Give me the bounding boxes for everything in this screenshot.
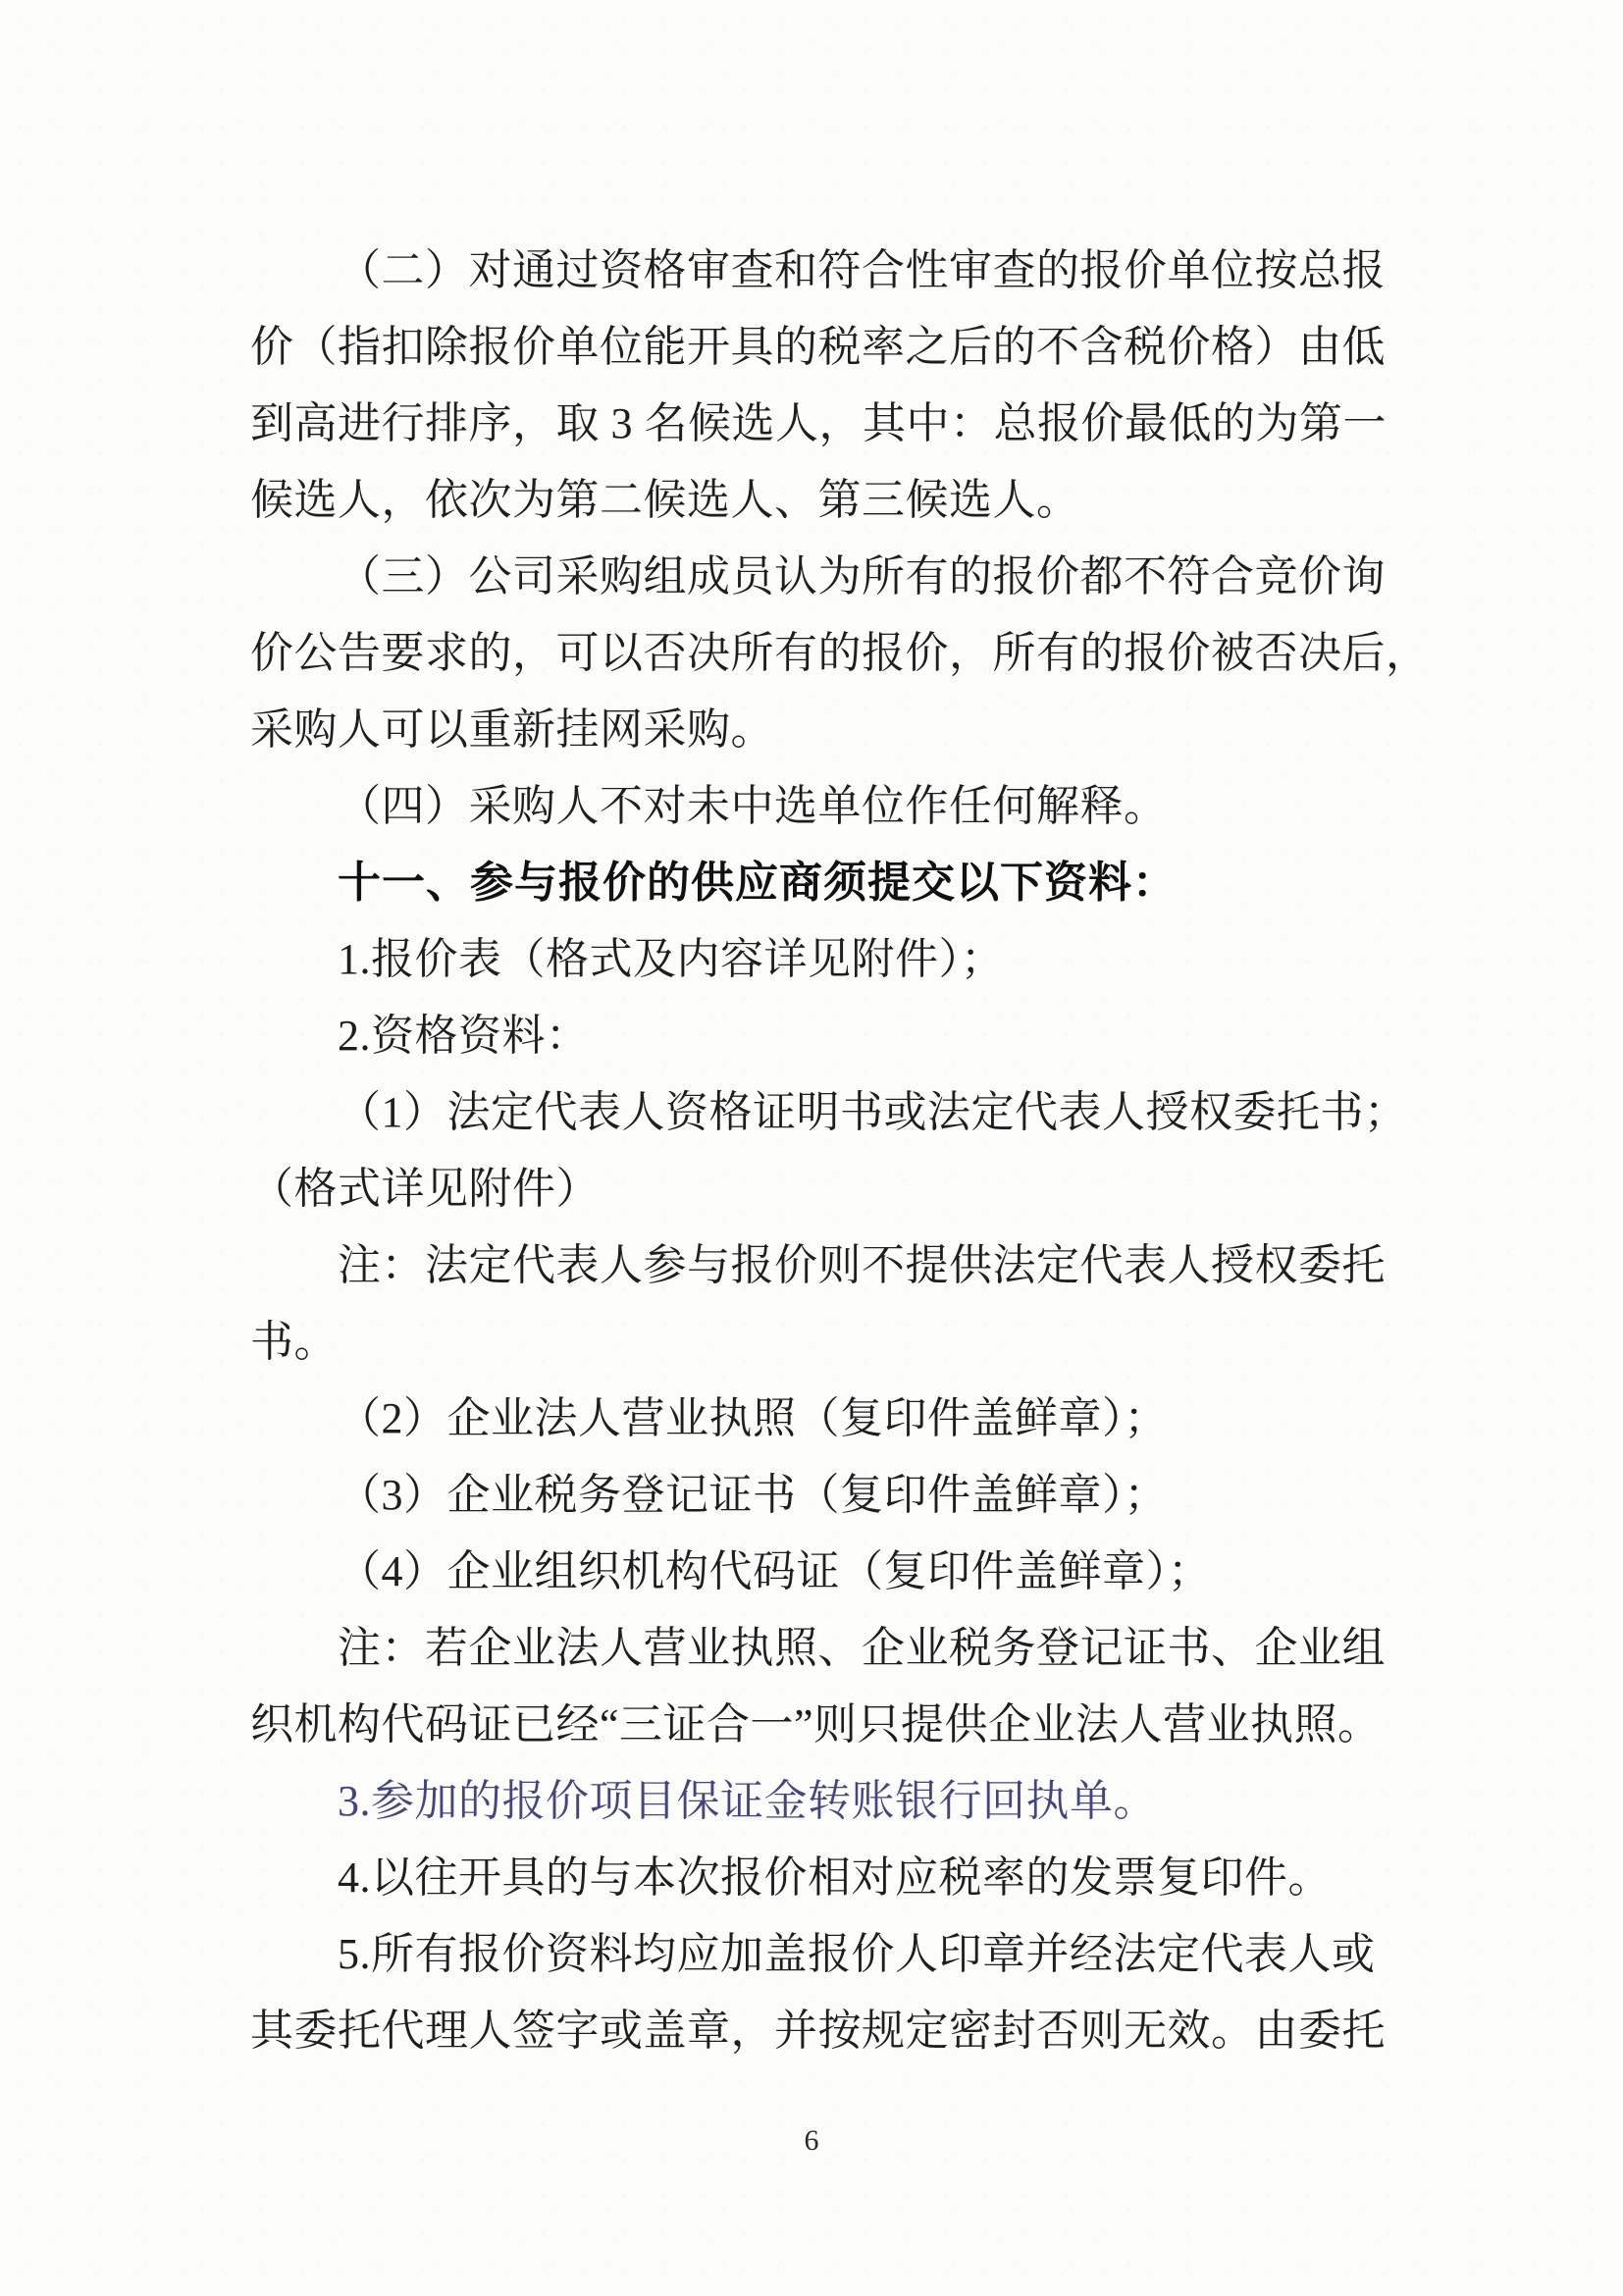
paragraph-line: （二）对通过资格审查和符合性审查的报价单位按总报 [250, 233, 1438, 309]
paragraph-line: 其委托代理人签字或盖章，并按规定密封否则无效。由委托 [250, 1993, 1438, 2069]
note-line: 书。 [250, 1304, 1438, 1381]
note-line: 织机构代码证已经“三证合一”则只提供企业法人营业执照。 [250, 1687, 1438, 1763]
list-item-line: 4.以往开具的与本次报价相对应税率的发票复印件。 [250, 1840, 1438, 1916]
note-line: 注：法定代表人参与报价则不提供法定代表人授权委托 [250, 1227, 1438, 1304]
paragraph-line: 价公告要求的，可以否决所有的报价，所有的报价被否决后， [250, 615, 1438, 692]
list-item-line-highlighted: 3.参加的报价项目保证金转账银行回执单。 [250, 1763, 1438, 1840]
list-item-line: 1.报价表（格式及内容详见附件）； [250, 921, 1438, 998]
list-item-line: （2）企业法人营业执照（复印件盖鲜章）； [250, 1381, 1438, 1457]
paragraph-line: 价（指扣除报价单位能开具的税率之后的不含税价格）由低 [250, 309, 1438, 386]
list-item-line: （4）企业组织机构代码证（复印件盖鲜章）； [250, 1534, 1438, 1610]
paragraph-line: 采购人可以重新挂网采购。 [250, 692, 1438, 768]
paragraph-line: （格式详见附件） [250, 1151, 1438, 1227]
document-text-block: （二）对通过资格审查和符合性审查的报价单位按总报 价（指扣除报价单位能开具的税率… [250, 233, 1438, 2069]
paragraph-line: （四）采购人不对未中选单位作任何解释。 [250, 768, 1438, 845]
list-item-line: 2.资格资料： [250, 998, 1438, 1074]
list-item-line: （1）法定代表人资格证明书或法定代表人授权委托书； [250, 1074, 1438, 1151]
document-page: （二）对通过资格审查和符合性审查的报价单位按总报 价（指扣除报价单位能开具的税率… [0, 0, 1623, 2296]
page-number: 6 [0, 2121, 1623, 2161]
paragraph-line: 候选人，依次为第二候选人、第三候选人。 [250, 462, 1438, 539]
paragraph-line: 到高进行排序，取 3 名候选人，其中：总报价最低的为第一 [250, 386, 1438, 462]
paragraph-line: （三）公司采购组成员认为所有的报价都不符合竞价询 [250, 539, 1438, 615]
list-item-line: （3）企业税务登记证书（复印件盖鲜章）； [250, 1457, 1438, 1534]
section-heading: 十一、参与报价的供应商须提交以下资料： [250, 845, 1438, 921]
note-line: 注：若企业法人营业执照、企业税务登记证书、企业组 [250, 1610, 1438, 1687]
list-item-line: 5.所有报价资料均应加盖报价人印章并经法定代表人或 [250, 1916, 1438, 1993]
